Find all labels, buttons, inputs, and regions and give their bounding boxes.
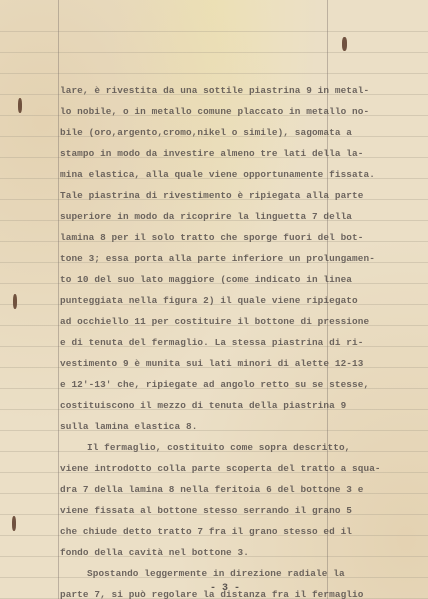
text-line: dra 7 della lamina 8 nella feritoia 6 de… [60, 479, 360, 500]
text-line: superiore in modo da ricoprire la lingue… [60, 206, 360, 227]
text-line: stampo in modo da investire almeno tre l… [60, 143, 360, 164]
document-page: lare, è rivestita da una sottile piastri… [0, 0, 428, 599]
text-line: fondo della cavità nel bottone 3. [60, 542, 360, 563]
text-line: che chiude detto tratto 7 fra il grano s… [60, 521, 360, 542]
binding-hole-mark [12, 516, 16, 531]
binding-hole-mark [13, 294, 17, 309]
text-line: e 12'-13' che, ripiegate ad angolo retto… [60, 374, 360, 395]
text-line: vestimento 9 è munita sui lati minori di… [60, 353, 360, 374]
typewritten-text-body: lare, è rivestita da una sottile piastri… [60, 80, 360, 599]
left-margin-line [58, 0, 59, 599]
text-line: Tale piastrina di rivestimento è ripiega… [60, 185, 360, 206]
binding-hole-mark [342, 37, 347, 51]
text-line: punteggiata nella figura 2) il quale vie… [60, 290, 360, 311]
paragraph-start-line: Spostando leggermente in direzione radia… [60, 563, 360, 584]
text-line: lamina 8 per il solo tratto che sporge f… [60, 227, 360, 248]
text-line: tone 3; essa porta alla parte inferiore … [60, 248, 360, 269]
text-line: bile (oro,argento,cromo,nikel o simile),… [60, 122, 360, 143]
text-line: lare, è rivestita da una sottile piastri… [60, 80, 360, 101]
text-line: to 10 del suo lato maggiore (come indica… [60, 269, 360, 290]
text-line: mina elastica, alla quale viene opportun… [60, 164, 360, 185]
text-line: viene fissata al bottone stesso serrando… [60, 500, 360, 521]
text-line: costituiscono il mezzo di tenuta della p… [60, 395, 360, 416]
text-line: viene introdotto colla parte scoperta de… [60, 458, 360, 479]
page-number: - 3 - [0, 583, 428, 594]
text-line: ad occhiello 11 per costituire il botton… [60, 311, 360, 332]
binding-hole-mark [18, 98, 22, 113]
text-line: e di tenuta del fermaglio. La stessa pia… [60, 332, 360, 353]
paragraph-start-line: Il fermaglio, costituito come sopra desc… [60, 437, 360, 458]
text-line: lo nobile, o in metallo comune placcato … [60, 101, 360, 122]
text-line: sulla lamina elastica 8. [60, 416, 360, 437]
